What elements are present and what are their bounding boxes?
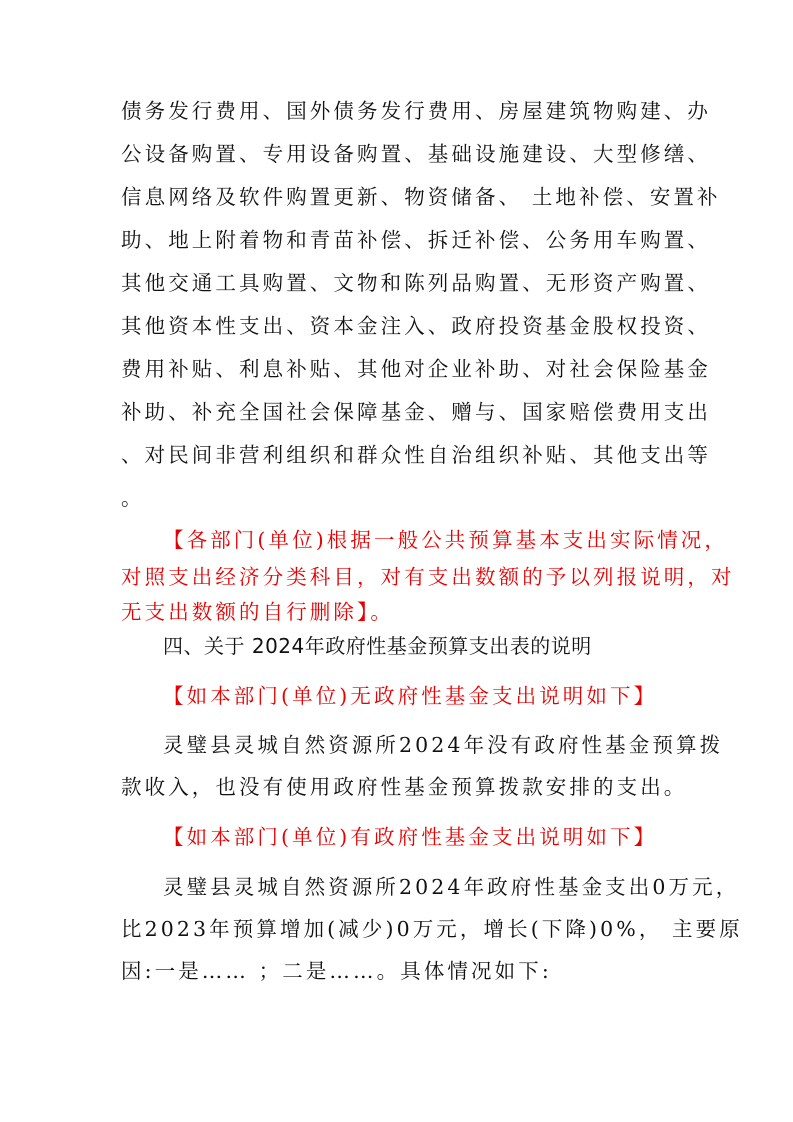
document-page: 债务发行费用、国外债务发行费用、房屋建筑物购建、办 公设备购置、专用设备购置、基… [0, 0, 793, 1122]
no-fund-note: 【如本部门(单位)无政府性基金支出说明如下】 [163, 682, 723, 710]
paragraph-line: 费用补贴、利息补贴、其他对企业补助、对社会保险基金 [121, 355, 681, 383]
instruction-note-line: 无支出数额的自行删除】。 [121, 598, 681, 626]
paragraph-line: 其他交通工具购置、文物和陈列品购置、无形资产购置、 [121, 269, 681, 297]
instruction-note-line: 对照支出经济分类科目，对有支出数额的予以列报说明，对 [121, 563, 681, 591]
paragraph-line: 助、地上附着物和青苗补偿、拆迁补偿、公务用车购置、 [121, 226, 681, 254]
paragraph-line: 。 [121, 484, 681, 512]
paragraph-line: 公设备购置、专用设备购置、基础设施建设、大型修缮、 [121, 140, 681, 168]
paragraph-line: 、对民间非营利组织和群众性自治组织补贴、其他支出等 [121, 441, 681, 469]
instruction-note-line: 【各部门(单位)根据一般公共预算基本支出实际情况， [163, 526, 723, 554]
has-fund-text-line: 比2023年预算增加(减少)0万元，增长(下降)0%， 主要原 [121, 915, 681, 943]
has-fund-text-line: 因:一是…… ；二是……。具体情况如下: [121, 957, 681, 985]
paragraph-line: 信息网络及软件购置更新、物资储备、 土地补偿、安置补 [121, 183, 681, 211]
paragraph-line: 债务发行费用、国外债务发行费用、房屋建筑物购建、办 [121, 97, 681, 125]
paragraph-line: 补助、补充全国社会保障基金、赠与、国家赔偿费用支出 [121, 398, 681, 426]
section-heading: 四、关于 2024年政府性基金预算支出表的说明 [163, 632, 723, 660]
has-fund-text-line: 灵璧县灵城自然资源所2024年政府性基金支出0万元， [163, 873, 723, 901]
no-fund-text-line: 款收入，也没有使用政府性基金预算拨款安排的支出。 [121, 773, 681, 801]
no-fund-text-line: 灵璧县灵城自然资源所2024年没有政府性基金预算拨 [163, 731, 723, 759]
paragraph-line: 其他资本性支出、资本金注入、政府投资基金股权投资、 [121, 312, 681, 340]
has-fund-note: 【如本部门(单位)有政府性基金支出说明如下】 [163, 823, 723, 851]
